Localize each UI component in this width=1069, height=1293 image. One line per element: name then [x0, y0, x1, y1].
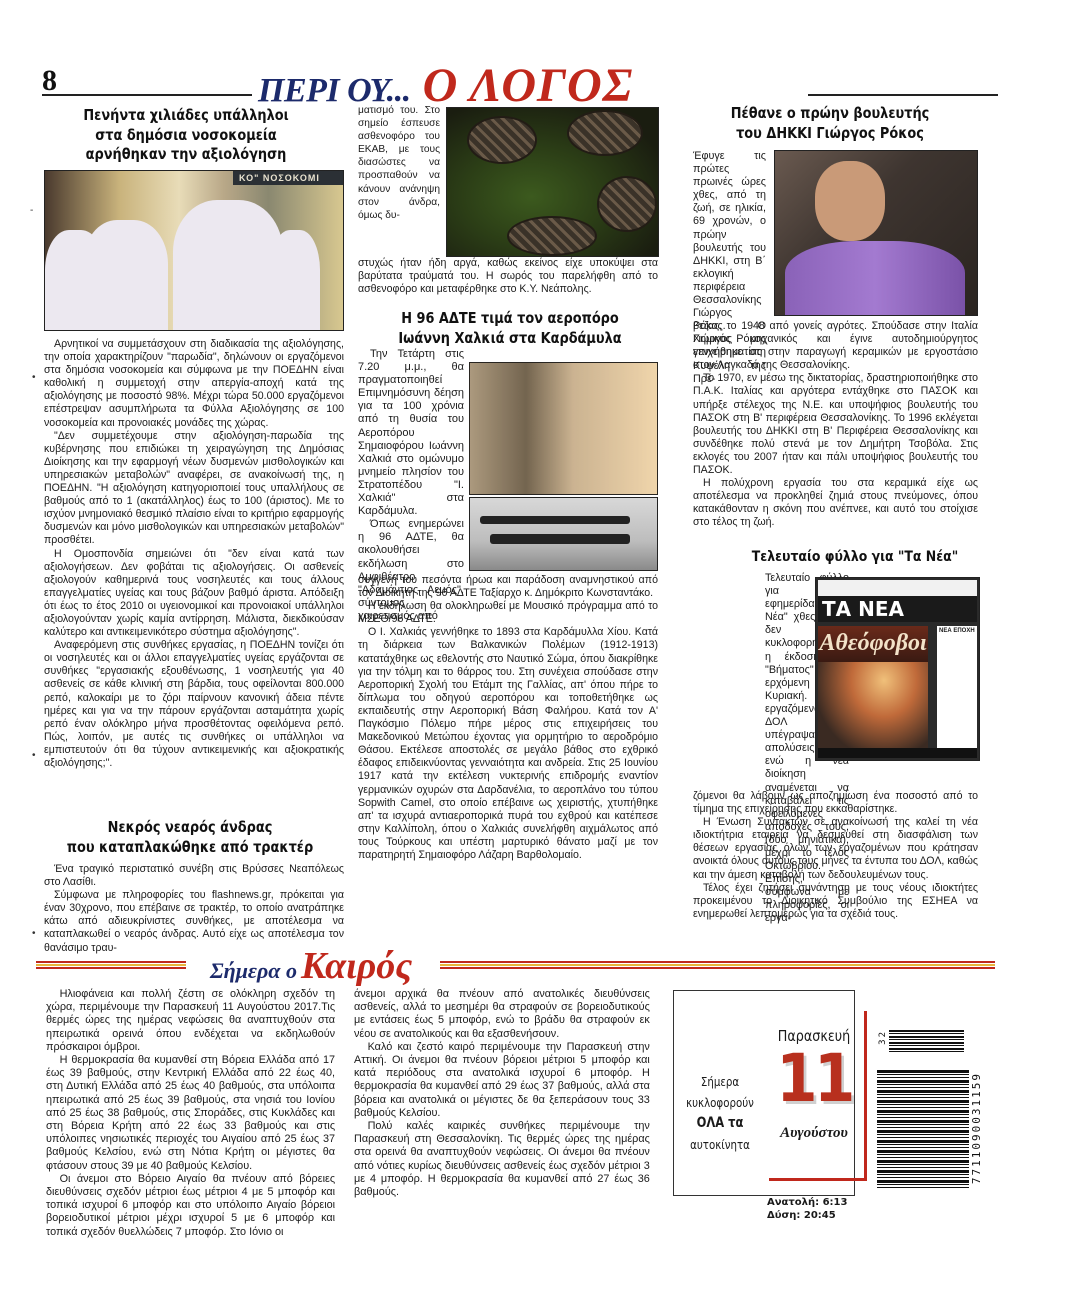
- paragraph: "Δεν συμμετέχουμε στην αξιολόγηση-παρωδί…: [44, 430, 344, 548]
- traffic-line: αυτοκίνητα: [686, 1134, 755, 1155]
- photo-wing: [480, 516, 630, 524]
- pilot-portrait-photo: [469, 362, 658, 495]
- headline-line: Νεκρός νεαρός άνδρας: [61, 818, 319, 838]
- article-tanea-headline: Τελευταίο φύλλο για "Τα Νέα": [720, 548, 990, 567]
- biplane-photo: [469, 497, 658, 571]
- month: Αυγούστου: [770, 1125, 858, 1142]
- article-hospitals-body: Αρνητικοί να συμμετάσχουν στη διαδικασία…: [44, 338, 344, 770]
- paragraph: Η πολύχρονη εργασία του στα κεραμικά είχ…: [693, 477, 978, 529]
- hospital-staff-photo: ΚΟ" ΝΟΣΟΚΟΜΙ: [44, 170, 344, 331]
- photo-shirt: [785, 241, 965, 316]
- margin-mark: •: [32, 372, 36, 383]
- article-rokos-body: βεζας, το 1948 από γονείς αγρότες. Σπούδ…: [693, 320, 978, 530]
- paragraph: Το 1970, εν μέσω της δικτατορίας, δραστη…: [693, 372, 978, 477]
- photo-figure: [173, 200, 283, 330]
- headline-line: Ιωάννη Χαλκιά στα Καρδάμυλα: [374, 329, 646, 349]
- photo-tire: [597, 176, 657, 232]
- cover-footer: [818, 748, 977, 758]
- banner-rule-left: [36, 961, 186, 969]
- paragraph: Πολύ καλές καιρικές συνθήκες περιμένουμε…: [354, 1120, 650, 1199]
- paragraph: Οι άνεμοι στο Βόρειο Αιγαίο θα πνέουν απ…: [46, 1173, 335, 1239]
- cover-image: [818, 662, 928, 754]
- paragraph: Αρνητικοί να συμμετάσχουν στη διαδικασία…: [44, 338, 344, 430]
- article-hospitals-headline: Πενήντα χιλιάδες υπάλληλοι στα δημόσια ν…: [36, 106, 336, 165]
- photo-figure: [83, 220, 168, 330]
- paragraph: Η θερμοκρασία θα κυμανθεί στη Βόρεια Ελλ…: [46, 1054, 335, 1173]
- ean-barcode-digits: 7711090031159: [970, 1072, 983, 1184]
- cover-headline: Αθεόφοβοι: [818, 626, 928, 662]
- article-aviator-body: συγγενή του πεσόντα ήρωα και παράδοση αν…: [358, 574, 658, 862]
- margin-mark: •: [32, 750, 36, 761]
- masthead: 8 ΠΕΡΙ ΟΥ...Ο ΛΟΓΟΣ: [30, 62, 1000, 108]
- headline-line: Η 96 ΑΔΤΕ τιμά τον αεροπόρο: [374, 309, 646, 329]
- cover-side-column: ΝΕΑ ΕΠΟΧΗ: [937, 626, 977, 754]
- calendar-box: Σήμερα κυκλοφορούν ΟΛΑ τα αυτοκίνητα Παρ…: [673, 990, 855, 1196]
- barcode-bars: [889, 1030, 964, 1054]
- paragraph: βεζας, το 1948 από γονείς αγρότες. Σπούδ…: [693, 320, 978, 372]
- headline-line: Τελευταίο φύλλο για "Τα Νέα": [739, 548, 971, 567]
- weather-title-part1: Σήμερα ο: [210, 958, 297, 983]
- barcode-bars: [877, 1070, 969, 1188]
- photo-face: [815, 161, 885, 241]
- article-tractor-body: Ένα τραγικό περιστατικό συνέβη στις Βρύσ…: [44, 863, 344, 955]
- cover-top-strip: [818, 580, 977, 596]
- article-tractor-headline: Νεκρός νεαρός άνδρας που καταπλακώθηκε α…: [40, 818, 340, 857]
- traffic-line: Σήμερα: [686, 1071, 755, 1092]
- paragraph: Η Ομοσπονδία σημειώνει ότι "δεν είναι κα…: [44, 548, 344, 640]
- weather-title-part2: Καιρός: [301, 945, 412, 987]
- headline-line: του ΔΗΚΚΙ Γιώργος Ρόκος: [701, 124, 959, 144]
- masthead-rule-right: [808, 94, 998, 96]
- photo-tire: [507, 216, 597, 256]
- ean-barcode: [877, 1070, 969, 1188]
- paragraph: ζόμενοι θα λάβουν ως αποζημίωση ένα ποσο…: [693, 790, 978, 816]
- hospital-sign: ΚΟ" ΝΟΣΟΚΟΜΙ: [233, 171, 343, 185]
- sunset-time: Δύση: 20:45: [767, 1209, 847, 1222]
- paragraph: Ηλιοφάνεια και πολλή ζέστη σε ολόκληρη σ…: [46, 988, 335, 1054]
- headline-line: αρνήθηκαν την αξιολόγηση: [57, 145, 315, 165]
- traffic-line: ΟΛΑ τα: [686, 1113, 755, 1134]
- ta-nea-cover-photo: ΤΑ ΝΕΑ Αθεόφοβοι ΝΕΑ ΕΠΟΧΗ: [815, 577, 980, 761]
- article-rokos-headline: Πέθανε ο πρώην βουλευτής του ΔΗΚΚΙ Γιώργ…: [680, 104, 980, 143]
- day-number: 11: [774, 1039, 853, 1119]
- article-tractor-continued-narrow: ματισμό του. Στο σημείο έσπευσε ασθενοφό…: [358, 104, 440, 222]
- headline-line: που καταπλακώθηκε από τρακτέρ: [61, 838, 319, 858]
- article-tractor-continued-wide: στυχώς ήταν ήδη αργά, καθώς εκείνος είχε…: [358, 257, 658, 296]
- paragraph: άνεμοι αρχικά θα πνέουν από ανατολικές δ…: [354, 988, 650, 1041]
- masthead-rule-left: [42, 94, 252, 96]
- headline-line: Πενήντα χιλιάδες υπάλληλοι: [57, 106, 315, 126]
- paragraph: Καλό και ζεστό καιρό περιμένουμε την Παρ…: [354, 1041, 650, 1120]
- paragraph: Ο Ι. Χαλκιάς γεννήθηκε το 1893 στα Καρδά…: [358, 626, 658, 862]
- traffic-line: κυκλοφορούν: [686, 1092, 755, 1113]
- cover-side-label: ΝΕΑ ΕΠΟΧΗ: [937, 626, 977, 636]
- paragraph: Την Τετάρτη στις 7.20 μ.μ., θα πραγματοπ…: [358, 348, 464, 518]
- traffic-notice: Σήμερα κυκλοφορούν ΟΛΑ τα αυτοκίνητα: [686, 1071, 755, 1155]
- page-number: 8: [42, 64, 57, 98]
- weather-title: Σήμερα οΚαιρός: [210, 944, 412, 988]
- photo-tire: [467, 116, 537, 164]
- paragraph: συγγενή του πεσόντα ήρωα και παράδοση αν…: [358, 574, 658, 600]
- section-title-part2: Ο ΛΟΓΟΣ: [423, 59, 634, 112]
- overturned-tractor-photo: [446, 107, 659, 257]
- photo-tire: [567, 110, 643, 156]
- paragraph: Αναφερόμενη στις συνθήκες εργασίας, η ΠΟ…: [44, 639, 344, 770]
- rokos-portrait-photo: [774, 150, 978, 316]
- paragraph: Η Ένωση Συντακτών σε ανακοίνωσή της καλε…: [693, 816, 978, 881]
- weather-column-1: Ηλιοφάνεια και πολλή ζέστη σε ολόκληρη σ…: [46, 988, 335, 1239]
- issue-barcode-digits: 32: [878, 1030, 888, 1045]
- section-title: ΠΕΡΙ ΟΥ...Ο ΛΟΓΟΣ: [258, 58, 633, 113]
- headline-line: στα δημόσια νοσοκομεία: [57, 126, 315, 146]
- paragraph: Ένα τραγικό περιστατικό συνέβη στις Βρύσ…: [44, 863, 344, 889]
- issue-barcode: [889, 1030, 964, 1054]
- paragraph: Η εκδήλωση θα ολοκληρωθεί με Μουσικό πρό…: [358, 600, 658, 626]
- weather-column-2: άνεμοι αρχικά θα πνέουν από ανατολικές δ…: [354, 988, 650, 1199]
- photo-figure: [270, 230, 320, 330]
- headline-line: Πέθανε ο πρώην βουλευτής: [701, 104, 959, 124]
- cover-title: ΤΑ ΝΕΑ: [818, 596, 977, 622]
- margin-mark: -: [30, 205, 33, 216]
- sun-times: Ανατολή: 6:13 Δύση: 20:45: [767, 1196, 847, 1222]
- sunrise-time: Ανατολή: 6:13: [767, 1196, 847, 1209]
- photo-wing: [490, 534, 630, 544]
- article-aviator-headline: Η 96 ΑΔΤΕ τιμά τον αεροπόρο Ιωάννη Χαλκι…: [352, 309, 668, 348]
- article-tanea-body: ζόμενοι θα λάβουν ως αποζημίωση ένα ποσο…: [693, 790, 978, 921]
- weather-banner: Σήμερα οΚαιρός: [30, 950, 1000, 980]
- margin-mark: •: [32, 928, 36, 939]
- banner-rule-right: [440, 961, 995, 969]
- paragraph: Τέλος έχει ζητήσει συνάντηση με τους νέο…: [693, 882, 978, 921]
